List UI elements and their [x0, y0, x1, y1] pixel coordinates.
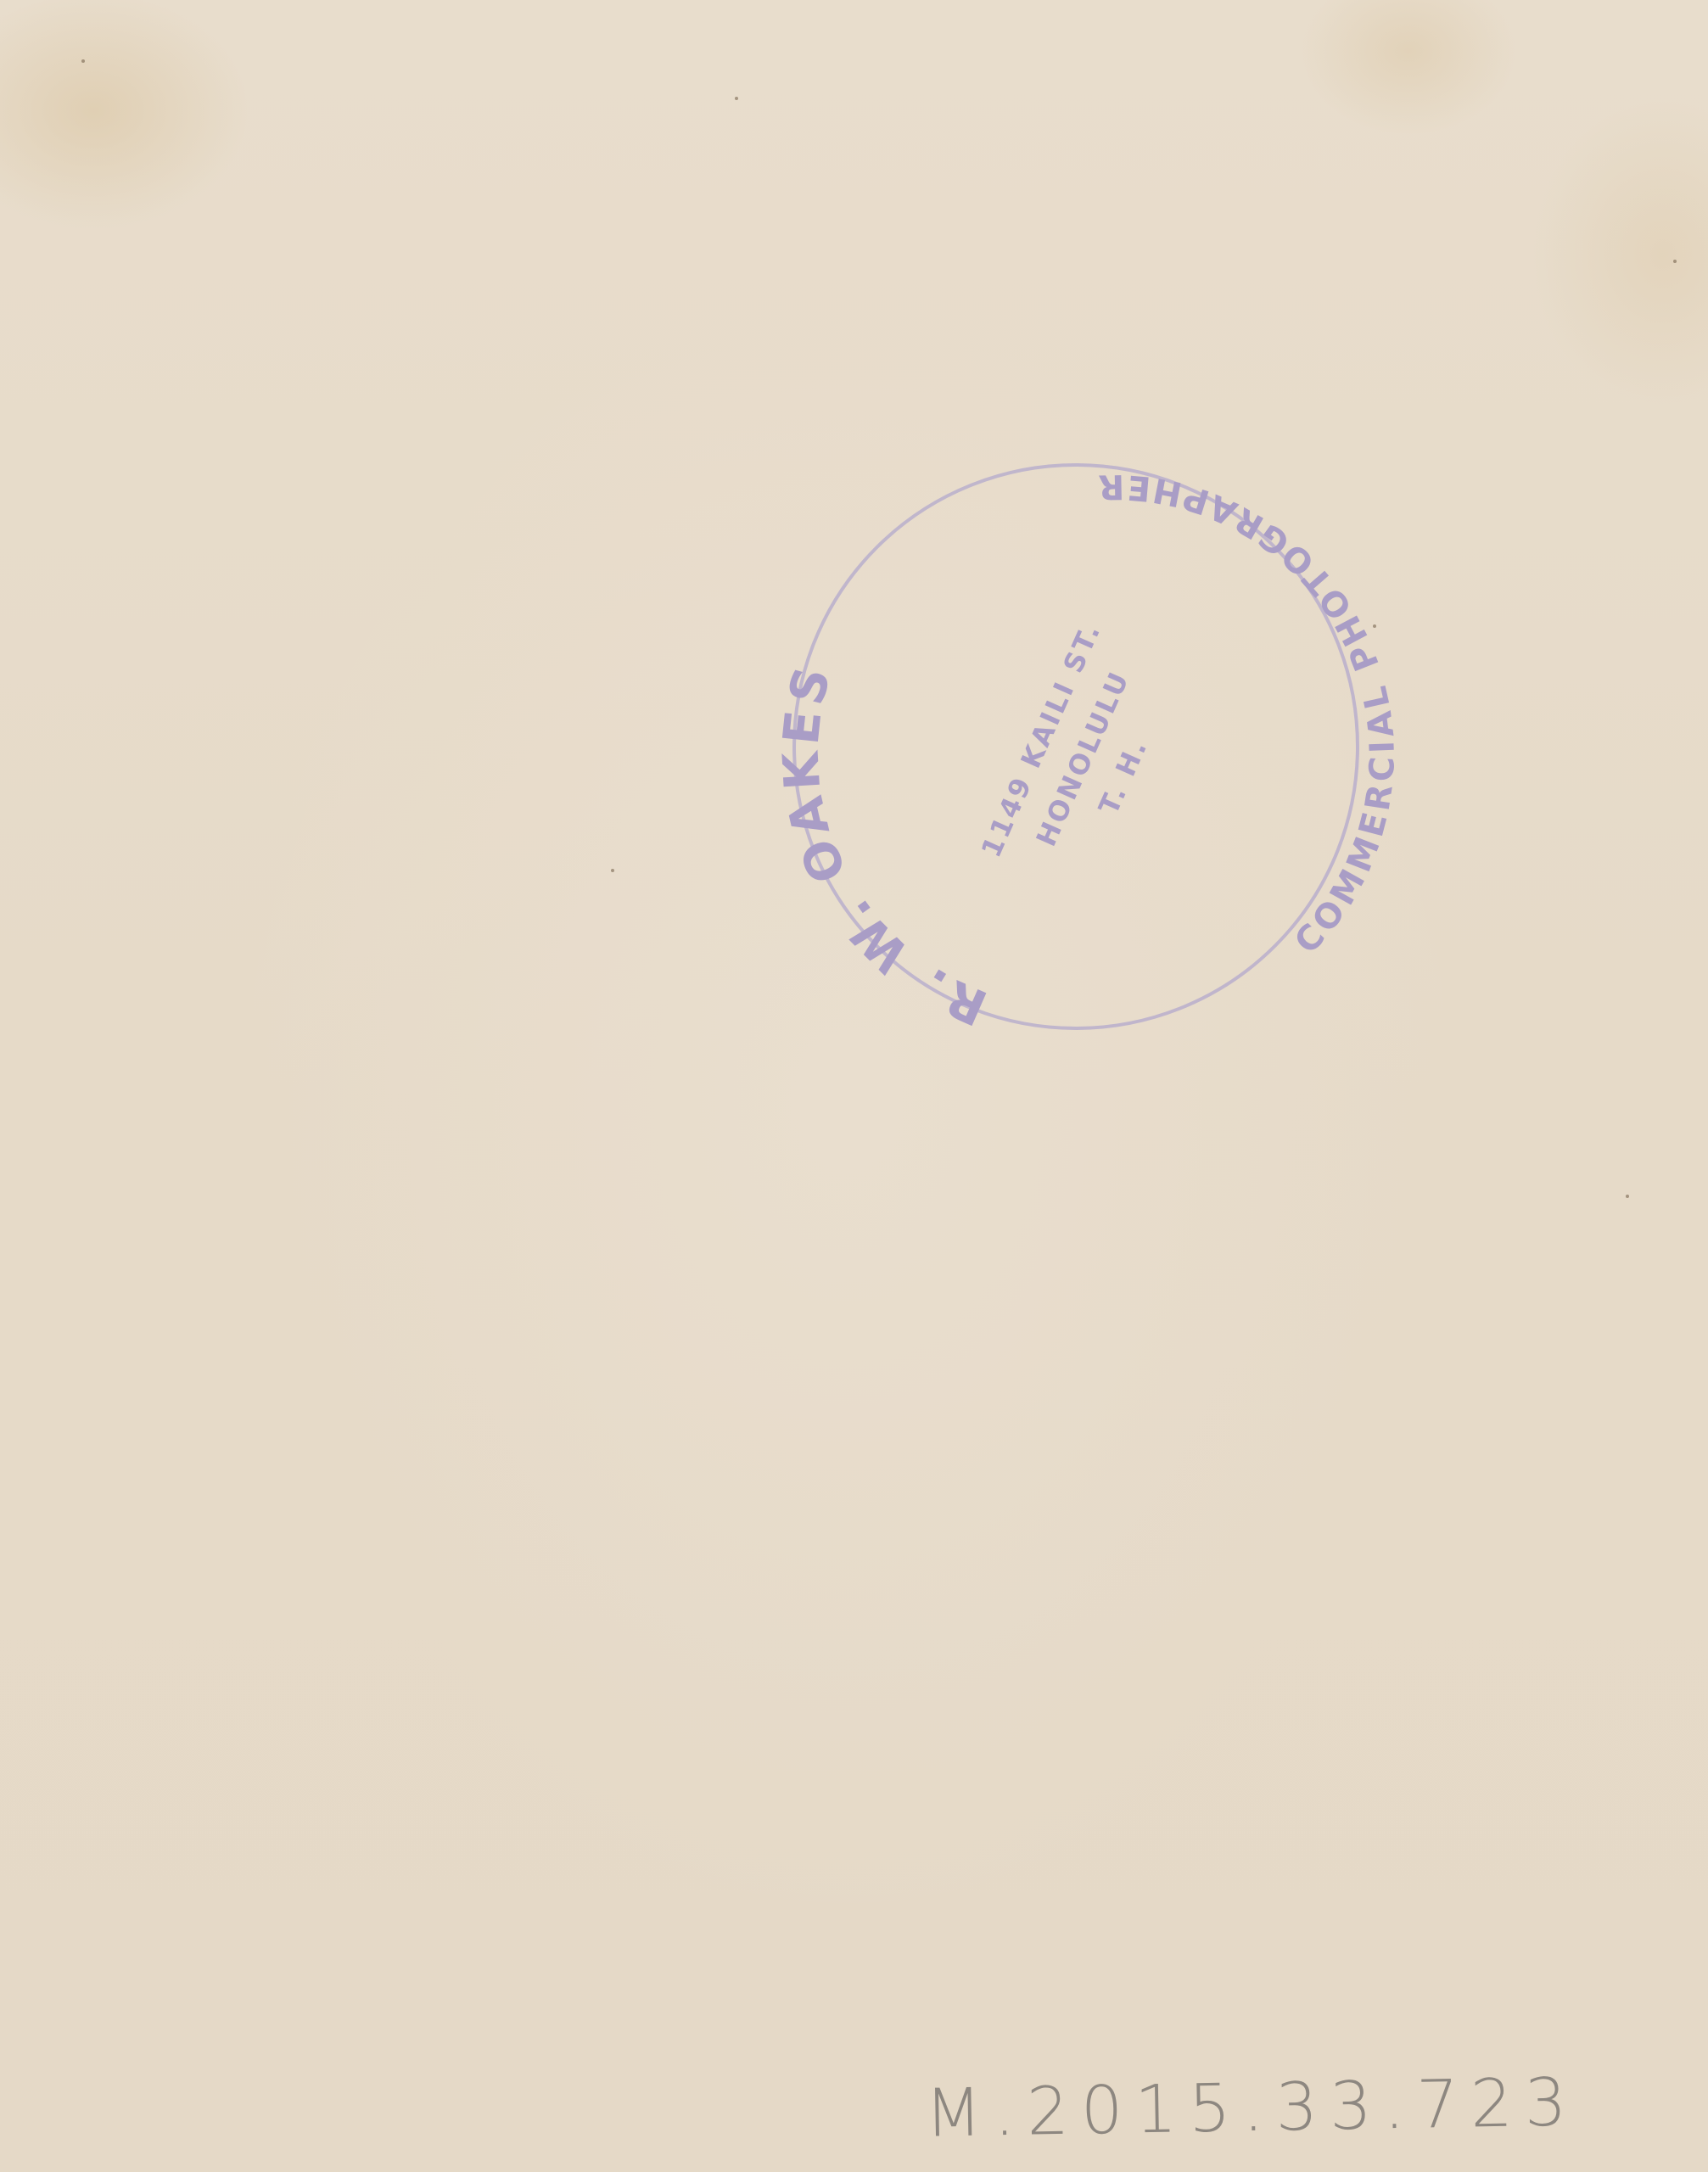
catalog-number: M.2015.33.723 [924, 2064, 1579, 2152]
paper-speck [735, 97, 738, 100]
paper-speck [1673, 260, 1677, 263]
paper-speck [81, 59, 85, 63]
photographer-stamp: R. W. OAKES COMMERCIAL PHOTOGRAPHER 1149… [787, 458, 1364, 1035]
paper-speck [1626, 1195, 1629, 1198]
stamp-name-arc: R. W. OAKES [771, 657, 995, 1037]
paper-speck [1373, 624, 1376, 628]
photo-verso-paper [0, 0, 1708, 2172]
paper-speck [611, 869, 614, 872]
